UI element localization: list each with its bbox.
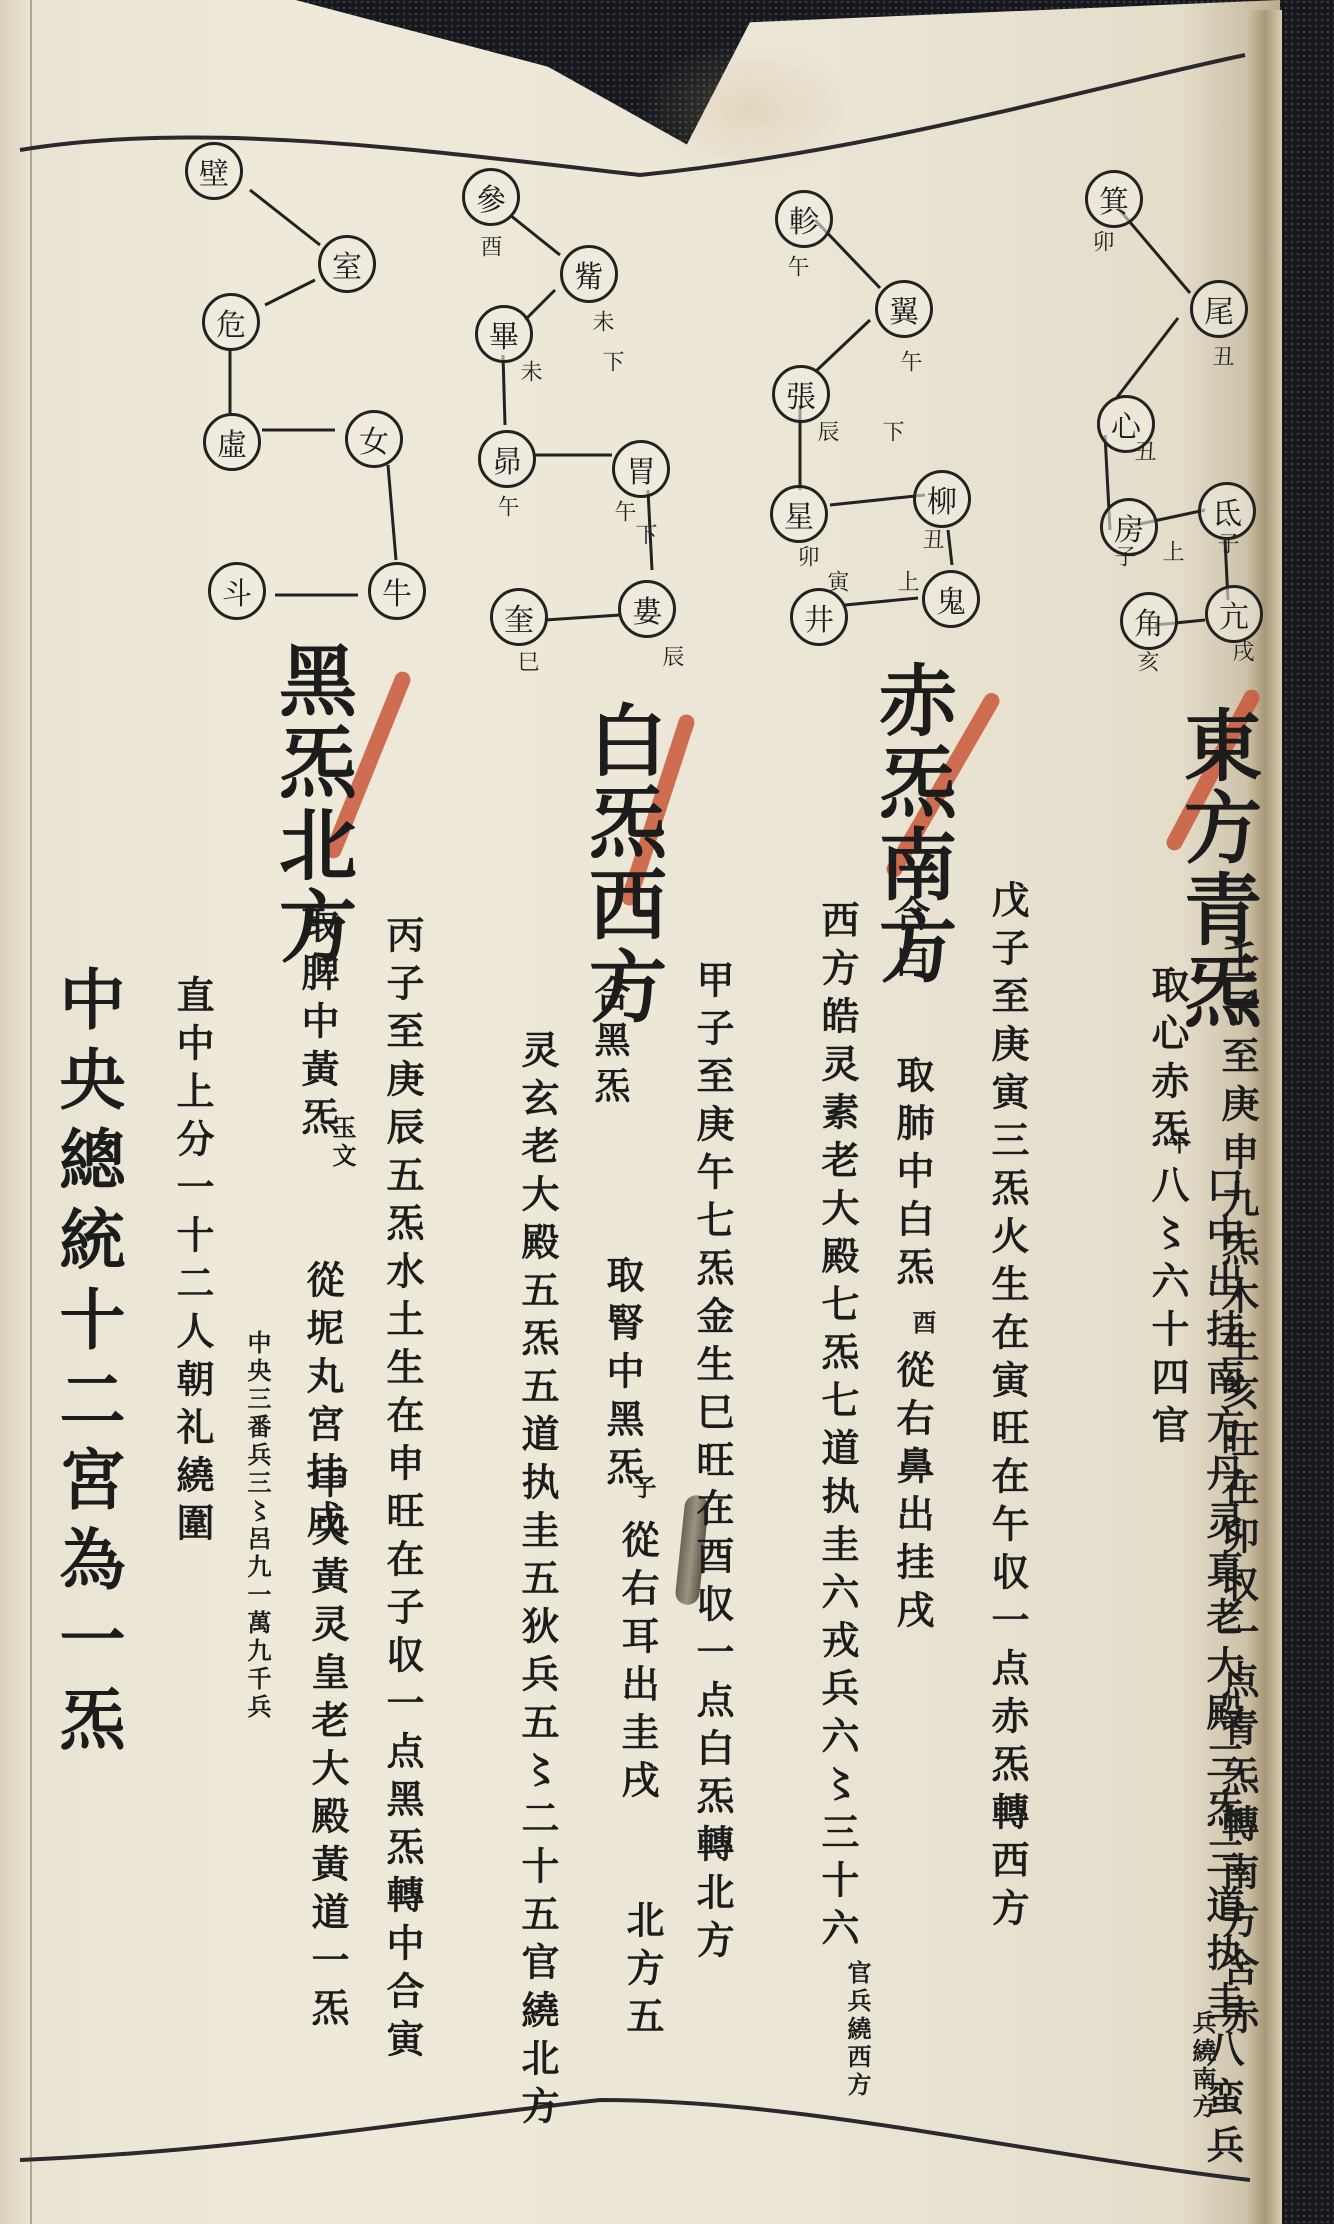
branch-label: 酉: [478, 235, 500, 257]
position-mark: 下: [880, 420, 902, 442]
star-circle: 室: [318, 235, 376, 293]
branch-label: 卯: [1090, 230, 1112, 252]
star-circle: 星: [770, 485, 828, 543]
branch-label: 午: [785, 255, 807, 277]
text-column: 從右耳出圭戌: [610, 1520, 665, 1808]
branch-label: 子: [1215, 532, 1237, 554]
text-column: 直中上分一十二人朝礼繞圍: [165, 975, 220, 1551]
text-column: 取肺中白炁: [885, 1055, 940, 1295]
star-circle: 翼: [875, 280, 933, 338]
branch-label: 丑: [1210, 345, 1232, 367]
star-circle: 危: [202, 293, 260, 351]
interlinear-note: 午: [1160, 1130, 1195, 1158]
branch-label: 子: [1112, 545, 1134, 567]
text-column: 西方皓灵素老大殿七炁七道执圭六戎兵六〻三十六: [810, 900, 865, 1956]
star-circle: 虛: [203, 413, 261, 471]
star-circle: 張: [772, 365, 830, 423]
star-circle: 軫: [775, 190, 833, 248]
branch-label: 未: [590, 310, 612, 332]
star-circle: 昴: [478, 430, 536, 488]
branch-label: 午: [898, 350, 920, 372]
text-column: 取心赤炁: [1140, 965, 1195, 1157]
branch-label: 戌: [1230, 640, 1252, 662]
position-mark: 下: [600, 350, 622, 372]
branch-label: 午: [612, 500, 634, 522]
branch-label: 巳: [515, 650, 537, 672]
branch-label: 未: [518, 360, 540, 382]
branch-label: 丑: [1132, 440, 1154, 462]
text-column: 中央黃灵皇老大殿黃道一炁: [300, 1460, 355, 2036]
branch-label: 卯: [795, 545, 817, 567]
branch-label: 午: [495, 495, 517, 517]
star-circle: 觜: [560, 245, 618, 303]
interlinear-note: 兵繞南方: [1185, 2010, 1220, 2122]
interlinear-note: 酉: [905, 1310, 940, 1338]
star-circle: 亢: [1205, 585, 1263, 643]
section-heading: 中央總統十二宮為一炁: [40, 965, 135, 1765]
text-column: 從右鼻出挂戌: [885, 1350, 940, 1638]
branch-label: 辰: [660, 645, 682, 667]
position-mark: 上: [1160, 540, 1182, 562]
position-mark: 上: [895, 570, 917, 592]
text-column: 灵玄老大殿五炁五道执圭五狄兵五〻二十五官繞北方: [510, 1030, 565, 2134]
branch-label: 亥: [1135, 650, 1157, 672]
sub-heading: 合白: [885, 895, 936, 987]
star-circle: 井: [790, 588, 848, 646]
star-circle: 女: [345, 410, 403, 468]
star-circle: 參: [462, 168, 520, 226]
interlinear-note: 官兵繞西方: [840, 1960, 875, 2100]
star-circle: 柳: [913, 470, 971, 528]
text-column: 甲子至庚午七炁金生巳旺在酉収一点白炁轉北方: [685, 960, 740, 1968]
branch-label: 辰: [815, 420, 837, 442]
text-column: 取腎中黑炁: [595, 1255, 650, 1495]
interlinear-note: 玉文: [325, 1115, 360, 1171]
interlinear-note: 中央三番兵三〻呂九一萬九千兵: [240, 1330, 275, 1722]
star-circle: 胃: [612, 440, 670, 498]
position-mark: 下: [633, 523, 655, 545]
star-circle: 牛: [368, 562, 426, 620]
star-circle: 畢: [475, 305, 533, 363]
star-circle: 奎: [490, 588, 548, 646]
text-column: 取脾中黃炁: [290, 905, 345, 1145]
star-circle: 婁: [618, 580, 676, 638]
interlinear-note: 子: [625, 1475, 660, 1503]
text-column: 丙子至庚辰五炁水土生在申旺在子収一点黑炁轉中合寅: [375, 915, 430, 2067]
sub-heading: 合黑炁: [585, 975, 636, 1113]
text-column: 戊子至庚寅三炁火生在寅旺在午収一点赤炁轉西方: [980, 880, 1035, 1936]
star-circle: 尾: [1190, 280, 1248, 338]
branch-label: 丑: [920, 528, 942, 550]
star-circle: 壁: [185, 142, 243, 200]
star-circle: 鬼: [922, 570, 980, 628]
star-circle: 箕: [1085, 170, 1143, 228]
star-circle: 角: [1120, 592, 1178, 650]
star-circle: 斗: [208, 562, 266, 620]
branch-label: 寅: [825, 570, 847, 592]
text-column: 北方五: [615, 1900, 670, 2044]
